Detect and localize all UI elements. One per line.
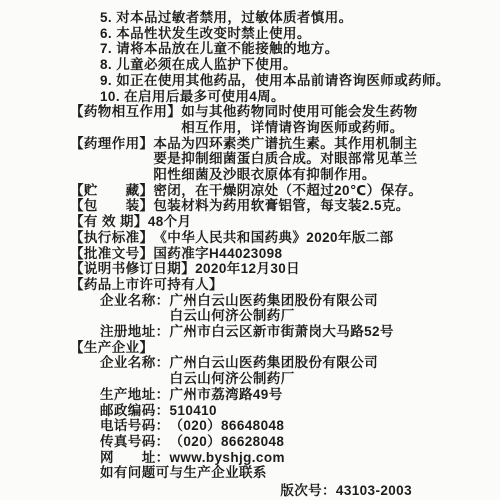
section-content: 国药准字H44023098 <box>153 246 282 262</box>
section-label: 【药理作用】 <box>70 136 153 152</box>
section-label: 【执行标准】 <box>70 230 153 246</box>
info-label: 网 址： <box>100 450 170 466</box>
section-content: 包装材料为药用软膏铝管，每支装2.5克。 <box>153 198 409 214</box>
section-drug-interactions: 【药物相互作用】 如与其他药物同时使用可能会发生药物 相互作用，详情请咨询医师或… <box>70 104 474 135</box>
postal-code-row: 邮政编码： 510410 <box>100 403 474 419</box>
edition-value: 43103-2003 <box>336 483 412 498</box>
fax-number-row: 传真号码： （020）86628048 <box>100 434 474 450</box>
mah-heading: 【药品上市许可持有人】 <box>70 277 474 293</box>
drug-leaflet-page: 5. 对本品过敏者禁用，过敏体质者慎用。 6. 本品性状发生改变时禁止使用。 7… <box>0 0 500 500</box>
precaution-item: 9. 如正在使用其他药品，使用本品前请咨询医师或药师。 <box>100 73 474 89</box>
precaution-item: 7. 请将本品放在儿童不能接触的地方。 <box>100 41 474 57</box>
info-value: 广州市白云区新市街萧岗大马路52号 <box>170 324 394 340</box>
info-value: 广州白云山医药集团股份有限公司 白云山何济公制药厂 <box>170 293 379 324</box>
section-standard: 【执行标准】 《中华人民共和国药典》2020年版二部 <box>70 230 474 246</box>
section-storage: 【贮 藏】 密闭，在干燥阴凉处（不超过20℃）保存。 <box>70 183 474 199</box>
section-label: 【贮 藏】 <box>70 183 153 199</box>
section-content: 本品为四环素类广谱抗生素。其作用机制主 要是抑制细菌蛋白质合成。对眼部常见革兰 … <box>153 136 417 183</box>
phone-number-row: 电话号码： （020）86648048 <box>100 418 474 434</box>
edition-number: 版次号：43103-2003 <box>70 483 474 499</box>
mah-company-name-row: 企业名称： 广州白云山医药集团股份有限公司 白云山何济公制药厂 <box>100 293 474 324</box>
website-row: 网 址： www.byshjg.com <box>100 450 474 466</box>
info-label: 注册地址： <box>100 324 170 340</box>
info-value: 510410 <box>170 403 217 419</box>
precaution-list: 5. 对本品过敏者禁用，过敏体质者慎用。 6. 本品性状发生改变时禁止使用。 7… <box>100 10 474 104</box>
section-label: 【有 效 期】 <box>70 214 148 230</box>
section-revision-date: 【说明书修订日期】 2020年12月30日 <box>70 261 474 277</box>
section-label: 【说明书修订日期】 <box>70 261 195 277</box>
info-label: 电话号码： <box>100 418 170 434</box>
section-shelf-life: 【有 效 期】 48个月 <box>70 214 474 230</box>
info-label: 企业名称： <box>100 293 170 309</box>
section-content: 48个月 <box>148 214 192 230</box>
contact-note: 如有问题可与生产企业联系 <box>100 465 474 481</box>
precaution-item: 8. 儿童必须在成人监护下使用。 <box>100 57 474 73</box>
manufacturer-heading: 【生产企业】 <box>70 340 474 356</box>
info-label: 生产地址： <box>100 387 170 403</box>
section-label: 【包 装】 <box>70 198 153 214</box>
section-label: 【药物相互作用】 <box>70 104 181 120</box>
section-pharmacology: 【药理作用】 本品为四环素类广谱抗生素。其作用机制主 要是抑制细菌蛋白质合成。对… <box>70 136 474 183</box>
info-value: 广州白云山医药集团股份有限公司 白云山何济公制药厂 <box>170 355 379 386</box>
mah-registered-address-row: 注册地址： 广州市白云区新市街萧岗大马路52号 <box>100 324 474 340</box>
section-approval-number: 【批准文号】 国药准字H44023098 <box>70 246 474 262</box>
section-packaging: 【包 装】 包装材料为药用软膏铝管，每支装2.5克。 <box>70 198 474 214</box>
precaution-item: 6. 本品性状发生改变时禁止使用。 <box>100 26 474 42</box>
section-content: 2020年12月30日 <box>195 261 300 277</box>
info-label: 企业名称： <box>100 355 170 371</box>
precaution-item: 10. 在启用后最多可使用4周。 <box>100 89 474 105</box>
edition-label: 版次号： <box>280 483 336 498</box>
precaution-item: 5. 对本品过敏者禁用，过敏体质者慎用。 <box>100 10 474 26</box>
info-label: 传真号码： <box>100 434 170 450</box>
info-value: （020）86648048 <box>170 418 285 434</box>
info-value: 广州市荔湾路49号 <box>170 387 283 403</box>
info-label: 邮政编码： <box>100 403 170 419</box>
info-value: www.byshjg.com <box>170 450 285 466</box>
manufacturer-address-row: 生产地址： 广州市荔湾路49号 <box>100 387 474 403</box>
section-content: 如与其他药物同时使用可能会发生药物 相互作用，详情请咨询医师或药师。 <box>181 104 417 135</box>
section-content: 密闭，在干燥阴凉处（不超过20℃）保存。 <box>153 183 422 199</box>
info-value: （020）86628048 <box>170 434 285 450</box>
manufacturer-company-name-row: 企业名称： 广州白云山医药集团股份有限公司 白云山何济公制药厂 <box>100 355 474 386</box>
section-label: 【批准文号】 <box>70 246 153 262</box>
section-content: 《中华人民共和国药典》2020年版二部 <box>153 230 393 246</box>
